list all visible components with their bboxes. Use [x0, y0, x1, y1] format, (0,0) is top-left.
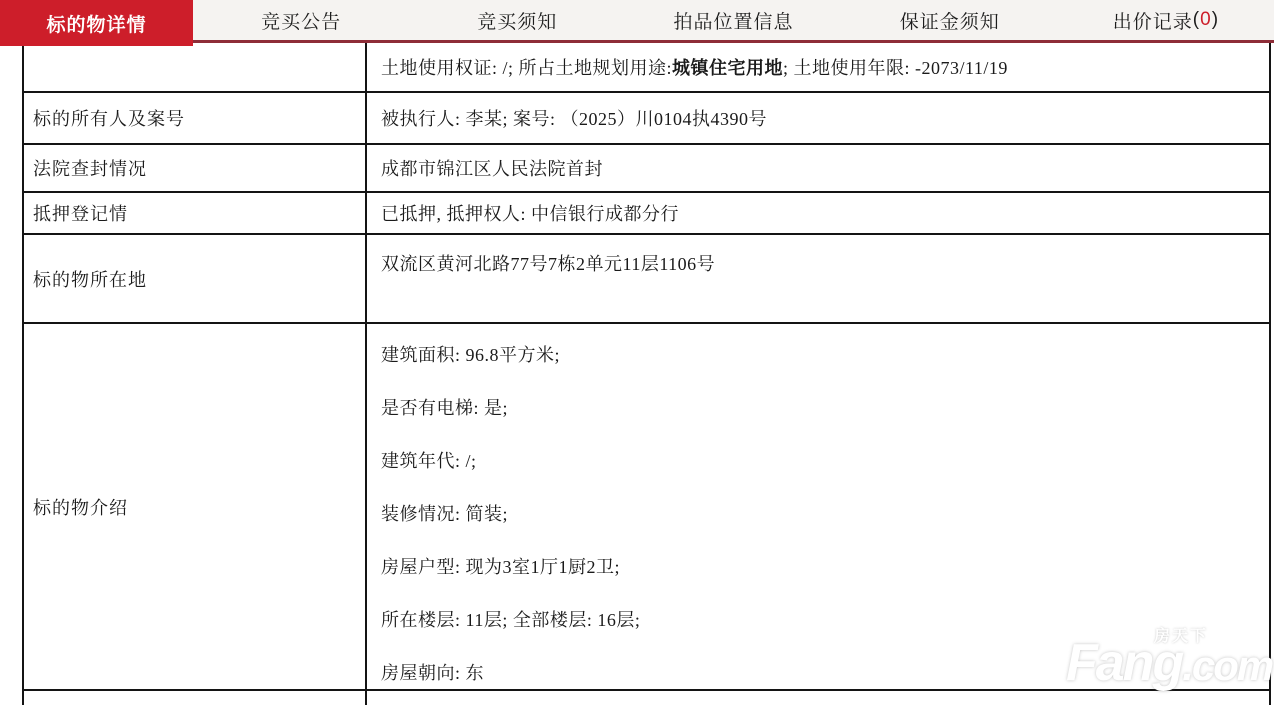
- bid-count-paren-open: (: [1193, 9, 1200, 31]
- tab-bidding-instructions[interactable]: 竞买须知: [409, 0, 625, 40]
- intro-line-elevator: 是否有电梯: 是;: [381, 391, 1269, 444]
- table-row-land-cert: 土地使用权证: /; 所占土地规划用途: 城镇住宅用地; 土地使用年限: -20…: [24, 43, 1269, 93]
- row-value: 双流区黄河北路77号7栋2单元11层1106号: [367, 235, 1269, 322]
- tab-item-details[interactable]: 标的物详情: [0, 0, 193, 46]
- tab-label: 竞买须知: [477, 7, 557, 34]
- tab-auction-announcement[interactable]: 竞买公告: [193, 0, 409, 40]
- tab-label: 拍品位置信息: [674, 7, 794, 34]
- intro-line-decoration: 装修情况: 简装;: [381, 497, 1269, 550]
- intro-line-build-year: 建筑年代: /;: [381, 444, 1269, 497]
- row-value: [367, 691, 1269, 705]
- land-use-type: 城镇住宅用地: [672, 54, 783, 80]
- land-cert-text: 土地使用权证: /; 所占土地规划用途:: [381, 54, 672, 80]
- row-value: 已抵押, 抵押权人: 中信银行成都分行: [367, 193, 1269, 233]
- bid-count: 0: [1200, 9, 1212, 31]
- row-label: 抵押登记情: [24, 193, 367, 233]
- table-row-next-partial: [24, 691, 1269, 705]
- intro-line-building-area: 建筑面积: 96.8平方米;: [381, 338, 1269, 391]
- intro-line-orientation: 房屋朝向: 东: [381, 656, 1269, 689]
- row-value: 建筑面积: 96.8平方米; 是否有电梯: 是; 建筑年代: /; 装修情况: …: [367, 324, 1269, 689]
- row-label: [24, 691, 367, 705]
- auction-detail-page: 标的物详情 竞买公告 竞买须知 拍品位置信息 保证金须知 出价记录(0) 土地使…: [0, 0, 1274, 705]
- intro-line-layout: 房屋户型: 现为3室1厅1厨2卫;: [381, 550, 1269, 603]
- row-label: 标的物所在地: [24, 235, 367, 322]
- row-label: 标的所有人及案号: [24, 93, 367, 143]
- row-label: 法院查封情况: [24, 145, 367, 191]
- land-term-text: ; 土地使用年限: -2073/11/19: [783, 54, 1008, 80]
- row-value: 被执行人: 李某; 案号: （2025）川0104执4390号: [367, 93, 1269, 143]
- table-row-court-seal: 法院查封情况 成都市锦江区人民法院首封: [24, 145, 1269, 193]
- row-label: [24, 43, 367, 91]
- table-row-mortgage: 抵押登记情 已抵押, 抵押权人: 中信银行成都分行: [24, 193, 1269, 235]
- row-value: 成都市锦江区人民法院首封: [367, 145, 1269, 191]
- row-label: 标的物介绍: [24, 324, 367, 689]
- bid-count-paren-close: ): [1212, 9, 1219, 31]
- tab-deposit-instructions[interactable]: 保证金须知: [842, 0, 1058, 40]
- table-row-intro: 标的物介绍 建筑面积: 96.8平方米; 是否有电梯: 是; 建筑年代: /; …: [24, 324, 1269, 691]
- tab-label: 标的物详情: [46, 10, 146, 37]
- intro-line-floor: 所在楼层: 11层; 全部楼层: 16层;: [381, 603, 1269, 656]
- tab-bar: 标的物详情 竞买公告 竞买须知 拍品位置信息 保证金须知 出价记录(0): [0, 0, 1274, 43]
- table-row-owner-case: 标的所有人及案号 被执行人: 李某; 案号: （2025）川0104执4390号: [24, 93, 1269, 145]
- row-value: 土地使用权证: /; 所占土地规划用途: 城镇住宅用地; 土地使用年限: -20…: [367, 43, 1269, 91]
- tab-label: 保证金须知: [900, 7, 1000, 34]
- tab-label: 出价记录: [1113, 7, 1193, 34]
- tab-item-location-info[interactable]: 拍品位置信息: [625, 0, 841, 40]
- tab-bid-record[interactable]: 出价记录(0): [1058, 0, 1274, 40]
- table-row-location: 标的物所在地 双流区黄河北路77号7栋2单元11层1106号: [24, 235, 1269, 324]
- tab-label: 竞买公告: [261, 7, 341, 34]
- property-detail-table: 土地使用权证: /; 所占土地规划用途: 城镇住宅用地; 土地使用年限: -20…: [22, 43, 1271, 705]
